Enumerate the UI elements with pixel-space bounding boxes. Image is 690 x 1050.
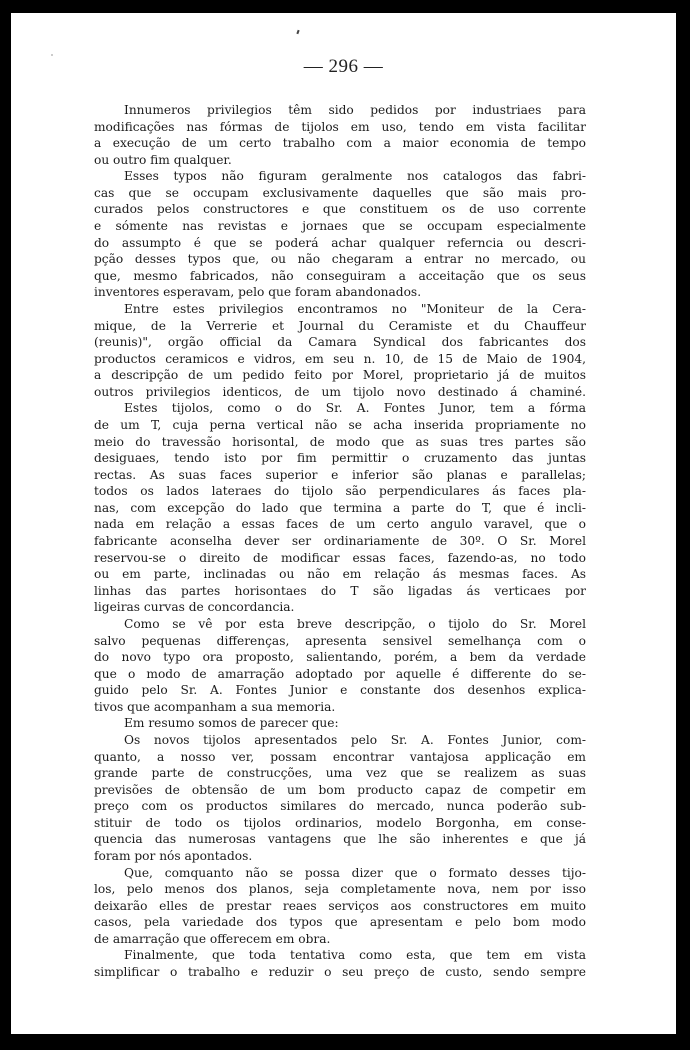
text-line: nada em relação a essas faces de um cert… [94, 516, 586, 533]
text-line: curados pelos constructores e que consti… [94, 201, 586, 218]
text-line: grande parte de construcções, uma vez qu… [94, 765, 586, 782]
text-line: los, pelo menos dos planos, seja complet… [94, 881, 586, 898]
text-line: deixarão elles de prestar reaes serviços… [94, 898, 586, 915]
text-line: que o modo de amarração adoptado por aqu… [94, 666, 586, 683]
text-line: inventores esperavam, pelo que foram aba… [94, 284, 586, 301]
text-line: rectas. As suas faces superior e inferio… [94, 467, 586, 484]
text-line: Que, comquanto não se possa dizer que o … [94, 865, 586, 882]
text-line: stituir de todo os tijolos ordinarios, m… [94, 815, 586, 832]
text-line: productos ceramicos e vidros, em seu n. … [94, 351, 586, 368]
text-line: a descripção de um pedido feito por More… [94, 367, 586, 384]
text-line: quanto, a nosso ver, possam encontrar va… [94, 749, 586, 766]
text-line: guido pelo Sr. A. Fontes Junior e consta… [94, 682, 586, 699]
text-line: modificações nas fórmas de tijolos em us… [94, 119, 586, 136]
text-line: ligeiras curvas de concordancia. [94, 599, 586, 616]
text-line: fabricante aconselha dever ser ordinaria… [94, 533, 586, 550]
text-line: do novo typo ora proposto, salientando, … [94, 649, 586, 666]
text-line: Innumeros privilegios têm sido pedidos p… [94, 102, 586, 119]
text-line: a execução de um certo trabalho com a ma… [94, 135, 586, 152]
text-line: de amarração que offerecem em obra. [94, 931, 586, 948]
text-line: e sómente nas revistas e jornaes que se … [94, 218, 586, 235]
text-line: que, mesmo fabricados, não conseguiram a… [94, 268, 586, 285]
scanned-page: — 296 — Innumeros privilegios têm sido p… [11, 13, 676, 1034]
text-line: Como se vê por esta breve descripção, o … [94, 616, 586, 633]
text-line: do assumpto é que se poderá achar qualqu… [94, 235, 586, 252]
text-line: outros privilegios identicos, de um tijo… [94, 384, 586, 401]
text-line: (reunis)", orgão official da Camara Synd… [94, 334, 586, 351]
text-line: Finalmente, que toda tentativa como esta… [94, 947, 586, 964]
text-line: Em resumo somos de parecer que: [94, 715, 586, 732]
text-line: pção desses typos que, ou não chegaram a… [94, 251, 586, 268]
text-line: meio do travessão horisontal, de modo qu… [94, 434, 586, 451]
text-line: mique, de la Verrerie et Journal du Cera… [94, 318, 586, 335]
text-line: simplificar o trabalho e reduzir o seu p… [94, 964, 586, 981]
text-line: tivos que acompanham a sua memoria. [94, 699, 586, 716]
page-number: — 296 — [11, 56, 676, 78]
body-text: Innumeros privilegios têm sido pedidos p… [94, 102, 586, 981]
text-line: desiguaes, tendo isto por fim permittir … [94, 450, 586, 467]
text-line: ou outro fim qualquer. [94, 152, 586, 169]
text-line: de um T, cuja perna vertical não se acha… [94, 417, 586, 434]
text-line: casos, pela variedade dos typos que apre… [94, 914, 586, 931]
text-line: quencia das numerosas vantagens que lhe … [94, 831, 586, 848]
text-line: Estes tijolos, como o do Sr. A. Fontes J… [94, 400, 586, 417]
text-line: reservou-se o direito de modificar essas… [94, 550, 586, 567]
text-line: preço com os productos similares do merc… [94, 798, 586, 815]
text-line: linhas das partes horisontaes do T são l… [94, 583, 586, 600]
text-line: Entre estes privilegios encontramos no "… [94, 301, 586, 318]
text-line: ou em parte, inclinadas ou não em relaçã… [94, 566, 586, 583]
text-line: todos os lados lateraes do tijolo são pe… [94, 483, 586, 500]
text-line: salvo pequenas differenças, apresenta se… [94, 633, 586, 650]
text-line: nas, com excepção do lado que termina a … [94, 500, 586, 517]
ink-mark [296, 30, 299, 34]
text-line: foram por nós apontados. [94, 848, 586, 865]
text-line: Esses typos não figuram geralmente nos c… [94, 168, 586, 185]
text-line: cas que se occupam exclusivamente daquel… [94, 185, 586, 202]
text-line: previsões de obtensão de um bom producto… [94, 782, 586, 799]
text-line: Os novos tijolos apresentados pelo Sr. A… [94, 732, 586, 749]
